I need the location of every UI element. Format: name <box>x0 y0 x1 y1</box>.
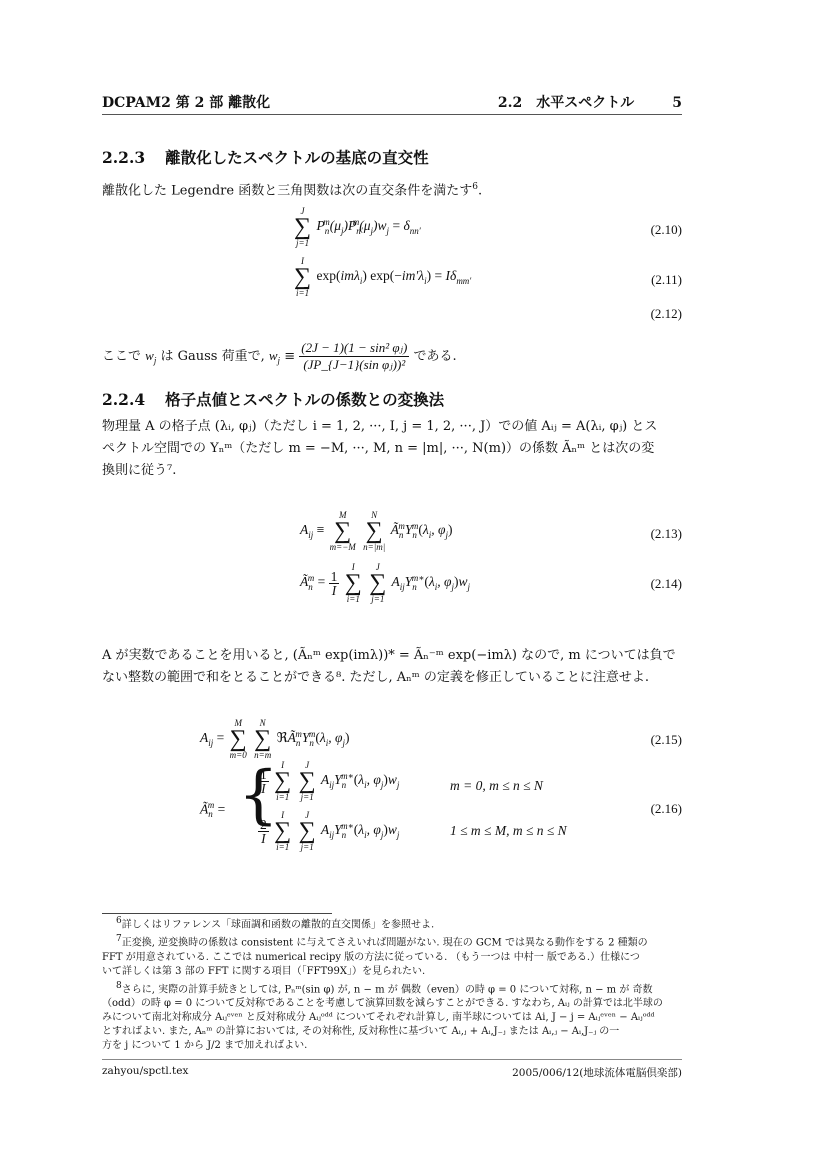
section-heading-2-2-4: 2.2.4格子点値とスペクトルの係数との変換法 <box>102 388 444 410</box>
coef: 2 <box>258 818 269 832</box>
footnote-text: 正変換, 逆変換時の係数は consistent に与えてさえいれば問題がない.… <box>122 938 648 949</box>
equation-2-16-case-1: 1I I∑i=1 J∑j=1 AijYnm∗(λi, φj)wj <box>258 760 399 802</box>
section-number: 2.2.4 <box>102 390 145 409</box>
footer-date: 2005/006/12(地球流体電脳倶楽部) <box>512 1065 682 1080</box>
footnote-text: みについて南北対称成分 Aᵢⱼᵉᵛᵉⁿ と反対称成分 Aᵢⱼᵒᵈᵈ についてそれ… <box>102 1011 682 1025</box>
denominator: (JP_{J−1}(sin φⱼ))² <box>301 357 407 373</box>
text: は Gauss 荷重で, <box>160 349 264 364</box>
equation-number-2-11: (2.11) <box>651 272 682 288</box>
text: である. <box>413 349 456 364</box>
section-number: 2.2.3 <box>102 148 145 167</box>
text-line: ない整数の範囲で和をとることができる⁸. ただし, Aₙᵐ の定義を修正している… <box>102 667 682 689</box>
paragraph-orthogonality-intro: 離散化した Legendre 函数と三角関数は次の直交条件を満たす6. <box>102 176 682 202</box>
footnote-text: 詳しくはリファレンス「球面調和函数の離散的直交関係」を参照せよ. <box>122 919 434 930</box>
header-rule <box>102 114 682 115</box>
paragraph-real-valued: A が実数であることを用いると, (Ãₙᵐ exp(imλ))* = Ãₙ⁻ᵐ … <box>102 645 682 689</box>
footnotes: 6詳しくはリファレンス「球面調和函数の離散的直交関係」を参照せよ. 7正変換, … <box>102 914 682 1053</box>
page-number: 5 <box>672 95 682 111</box>
footnote-text: FFT が用意されている. ここでは numerical recipy 版の方法… <box>102 951 682 965</box>
footnote-text: いて詳しくは第 3 部の FFT に関する項目（「FFT99X」）を見られたい. <box>102 965 682 979</box>
running-header-left: DCPAM2 第 2 部 離散化 <box>102 92 270 112</box>
equation-2-16-case-2: 2I I∑i=1 J∑j=1 AijYnm∗(λi, φj)wj <box>258 810 399 852</box>
footnote-6: 6詳しくはリファレンス「球面調和函数の離散的直交関係」を参照せよ. <box>102 914 682 932</box>
text-line: A が実数であることを用いると, (Ãₙᵐ exp(imλ))* = Ãₙ⁻ᵐ … <box>102 645 682 667</box>
footnote-8: 8さらに, 実際の計算手続きとしては, Pₙᵐ(sin φ) が, n − m … <box>102 979 682 997</box>
intro-text: 離散化した Legendre 函数と三角関数は次の直交条件を満たす <box>102 183 472 198</box>
equation-number-2-16: (2.16) <box>651 801 682 817</box>
equation-2-13: Aij ≡ M∑m=−M N∑n=|m| ÃnmYnm(λi, φj) <box>300 510 452 552</box>
header-section-number: 2.2 <box>498 95 522 111</box>
equation-number-2-13: (2.13) <box>651 526 682 542</box>
section-title: 格子点値とスペクトルの係数との変換法 <box>165 390 444 409</box>
coef: 1 <box>258 768 269 782</box>
equation-2-15: Aij = M∑m=0 N∑n=m ℜÃnmYnm(λi, φj) <box>200 718 349 760</box>
case-2-condition: 1 ≤ m ≤ M, m ≤ n ≤ N <box>450 823 567 839</box>
equation-2-16-lhs: Ãnm = <box>200 800 225 819</box>
equation-number-2-12: (2.12) <box>651 306 682 322</box>
text: ここで <box>102 349 141 364</box>
text-line: 換則に従う⁷. <box>102 460 682 482</box>
equation-2-14: Ãnm = 1I I∑i=1 J∑j=1 AijYnm∗(λi, φj)wj <box>300 562 470 604</box>
footer-filename: zahyou/spctl.tex <box>102 1065 188 1077</box>
equation-2-10: J∑j=1 Pnm(μj)Pn′m(μj)wj = δnn′ <box>292 206 421 248</box>
paragraph-transform-intro: 物理量 A の格子点 (λᵢ, φⱼ)（ただし i = 1, 2, ···, I… <box>102 416 682 482</box>
equation-number-2-15: (2.15) <box>651 732 682 748</box>
footnote-text: （odd）の時 φ = 0 について反対称であることを考慮して演算回数を減らすこ… <box>102 997 682 1011</box>
gauss-weight-fraction: (2J − 1)(1 − sin² φⱼ) (JP_{J−1}(sin φⱼ))… <box>299 340 409 373</box>
numerator: (2J − 1)(1 − sin² φⱼ) <box>299 340 409 357</box>
footnote-text: とすればよい. また, Aₙᵐ の計算においては, その対称性, 反対称性に基づ… <box>102 1025 682 1039</box>
footnote-7: 7正変換, 逆変換時の係数は consistent に与えてさえいれば問題がない… <box>102 932 682 950</box>
section-heading-2-2-3: 2.2.3離散化したスペクトルの基底の直交性 <box>102 146 429 168</box>
header-section-title: 水平スペクトル <box>536 95 634 111</box>
footnote-ref-6: 6 <box>472 182 478 192</box>
text-line: 物理量 A の格子点 (λᵢ, φⱼ)（ただし i = 1, 2, ···, I… <box>102 416 682 438</box>
footnote-text: さらに, 実際の計算手続きとしては, Pₙᵐ(sin φ) が, n − m が… <box>122 984 653 995</box>
footer-rule <box>102 1059 682 1060</box>
equation-number-2-10: (2.10) <box>651 222 682 238</box>
text-line: ペクトル空間での Yₙᵐ（ただし m = −M, ···, M, n = |m|… <box>102 438 682 460</box>
equation-number-2-14: (2.14) <box>651 576 682 592</box>
footnote-text: 方を j について 1 から J/2 まで加えればよい. <box>102 1039 682 1053</box>
case-1-condition: m = 0, m ≤ n ≤ N <box>450 778 543 794</box>
section-title: 離散化したスペクトルの基底の直交性 <box>165 148 429 167</box>
equation-2-11: I∑i=1 exp(imλi) exp(−im′λi) = Iδmm′ <box>292 256 471 298</box>
paragraph-gauss-weight: ここで wj は Gauss 荷重で, wj ≡ (2J − 1)(1 − si… <box>102 338 682 379</box>
running-header-right: 2.2水平スペクトル5 <box>498 92 682 112</box>
